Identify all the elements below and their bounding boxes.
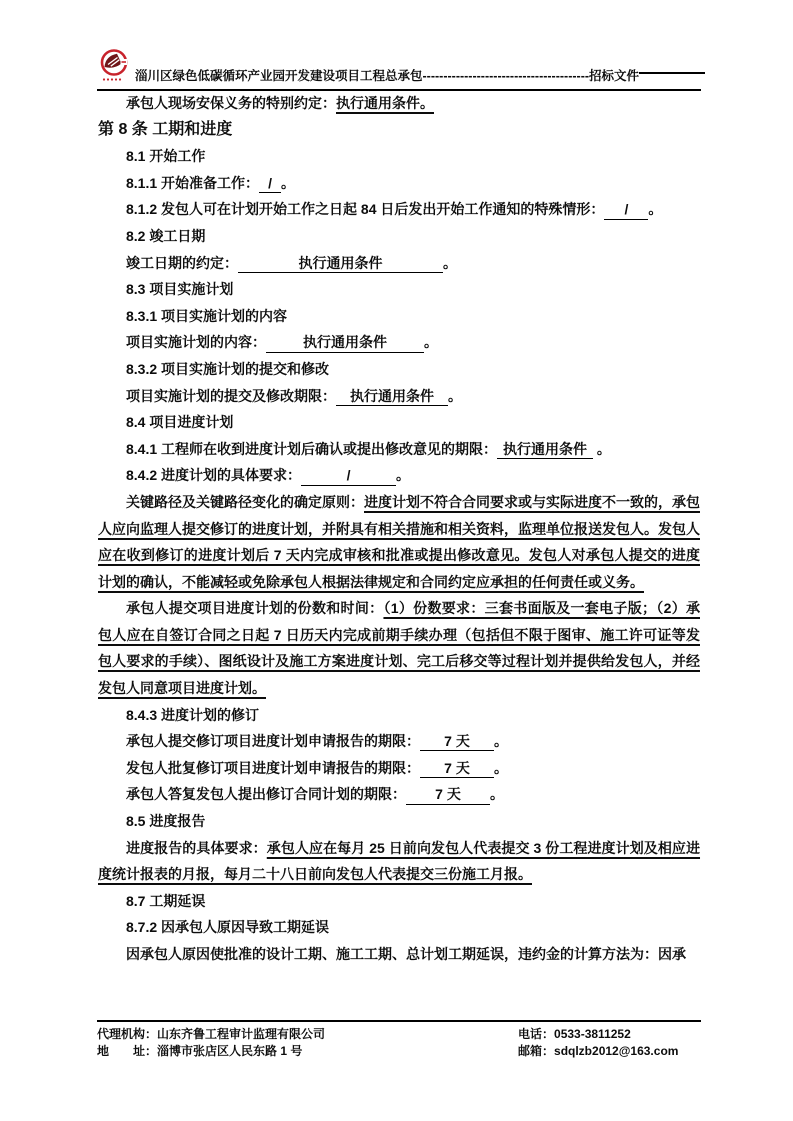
clause-label: 承包人提交项目进度计划的份数和时间： [126,600,383,616]
page-header: 淄川区绿色低碳循环产业园开发建设项目工程总承包-----------------… [97,48,701,91]
section-8-2-heading: 8.2 竣工日期 [98,223,700,250]
clause-filled-value: 执行通用条件。 [336,95,434,111]
blank-field: 执行通用条件 [238,254,443,273]
footer-address-value: 淄博市张店区人民东路 1 号 [157,1044,302,1058]
footer-agency-label: 代理机构： [97,1027,157,1041]
blank-field: 执行通用条件 [497,440,593,459]
clause-label: 进度报告的具体要求： [126,840,267,856]
footer-email: 邮箱：sdqlzb2012@163.com [518,1043,701,1060]
clause-suffix: 。 [448,388,462,404]
clause-suffix: 。 [396,467,410,483]
header-project-title: 淄川区绿色低碳循环产业园开发建设项目工程总承包 [135,69,423,83]
clause-suffix: 。 [443,255,457,271]
clause-8-1-2: 8.1.2 发包人可在计划开始工作之日起 84 日后发出开始工作通知的特殊情形：… [98,196,700,223]
section-8-4-heading: 8.4 项目进度计划 [98,409,700,436]
section-8-1-heading: 8.1 开始工作 [98,143,700,170]
clause-suffix: 。 [593,441,611,457]
blank-field: / [604,200,648,219]
footer-address-label: 地 址： [97,1044,157,1058]
clause-label: 承包人现场安保义务的特别约定： [126,95,336,111]
document-page: 淄川区绿色低碳循环产业园开发建设项目工程总承包-----------------… [0,0,793,1121]
clause-label: 关键路径及关键路径变化的确定原则： [126,494,364,510]
section-8-3-1-heading: 8.3.1 项目实施计划的内容 [98,303,700,330]
clause-8-2: 竣工日期的约定：执行通用条件。 [98,250,700,277]
page-footer: 代理机构：山东齐鲁工程审计监理有限公司 电话：0533-3811252 地 址：… [97,1020,701,1059]
clause-label: 8.4.1 工程师在收到进度计划后确认或提出修改意见的期限： [126,441,497,457]
footer-phone-value: 0533-3811252 [554,1027,631,1041]
paragraph-progress-report: 进度报告的具体要求：承包人应在每月 25 日前向发包人代表提交 3 份工程进度计… [98,835,700,888]
section-8-7-2-heading: 8.7.2 因承包人原因导致工期延误 [98,914,700,941]
clause-label: 承包人提交修订项目进度计划申请报告的期限： [126,733,420,749]
footer-phone: 电话：0533-3811252 [518,1026,701,1043]
section-8-3-2-heading: 8.3.2 项目实施计划的提交和修改 [98,356,700,383]
company-logo-icon [97,48,131,88]
footer-agency: 代理机构：山东齐鲁工程审计监理有限公司 [97,1026,518,1043]
header-doc-type: 招标文件 [589,69,639,83]
clause-8-4-1: 8.4.1 工程师在收到进度计划后确认或提出修改意见的期限：执行通用条件 。 [98,436,700,463]
blank-field: / [259,174,281,193]
clause-label: 发包人批复修订项目进度计划申请报告的期限： [126,760,420,776]
document-body: 承包人现场安保义务的特别约定：执行通用条件。 第 8 条 工期和进度 8.1 开… [98,90,700,968]
clause-revise-submit: 承包人提交修订项目进度计划申请报告的期限：7 天。 [98,728,700,755]
clause-suffix: 。 [648,201,662,217]
clause-suffix: 。 [494,760,508,776]
article-8-heading: 第 8 条 工期和进度 [98,117,700,144]
section-8-4-3-heading: 8.4.3 进度计划的修订 [98,702,700,729]
clause-revise-approve: 发包人批复修订项目进度计划申请报告的期限：7 天。 [98,755,700,782]
clause-8-4-2: 8.4.2 进度计划的具体要求：/。 [98,462,700,489]
clause-label: 8.1.1 开始准备工作： [126,175,259,191]
paragraph-plan-copies: 承包人提交项目进度计划的份数和时间：（1）份数要求：三套书面版及一套电子版；（2… [98,595,700,701]
section-8-3-heading: 8.3 项目实施计划 [98,276,700,303]
clause-suffix: 。 [424,334,438,350]
blank-field: 7 天 [420,732,494,751]
clause-8-3-2: 项目实施计划的提交及修改期限：执行通用条件。 [98,383,700,410]
blank-field: / [301,466,396,485]
footer-email-label: 邮箱： [518,1044,554,1058]
clause-label: 项目实施计划的提交及修改期限： [126,388,336,404]
section-8-5-heading: 8.5 进度报告 [98,808,700,835]
footer-address: 地 址：淄博市张店区人民东路 1 号 [97,1043,518,1060]
section-8-7-heading: 8.7 工期延误 [98,888,700,915]
header-dash-filler: ---------------------------------------- [423,69,590,83]
blank-field: 执行通用条件 [336,387,448,406]
blank-field: 7 天 [406,785,490,804]
header-title-line: 淄川区绿色低碳循环产业园开发建设项目工程总承包-----------------… [135,66,639,84]
clause-suffix: 。 [490,786,504,802]
paragraph-delay: 因承包人原因使批准的设计工期、施工工期、总计划工期延误，违约金的计算方法为：因承 [98,941,700,968]
footer-email-value: sdqlzb2012@163.com [554,1044,678,1058]
clause-label: 8.4.2 进度计划的具体要求： [126,467,301,483]
header-short-rule [639,72,705,74]
clause-label: 承包人答复发包人提出修订合同计划的期限： [126,786,406,802]
blank-field: 7 天 [420,759,494,778]
clause-label: 项目实施计划的内容： [126,334,266,350]
clause-label: 8.1.2 发包人可在计划开始工作之日起 84 日后发出开始工作通知的特殊情形： [126,201,604,217]
clause-label: 竣工日期的约定： [126,255,238,271]
clause-8-3-1: 项目实施计划的内容：执行通用条件。 [98,329,700,356]
blank-field: 执行通用条件 [266,333,424,352]
footer-phone-label: 电话： [518,1027,554,1041]
clause-security: 承包人现场安保义务的特别约定：执行通用条件。 [98,90,700,117]
clause-revise-reply: 承包人答复发包人提出修订合同计划的期限：7 天。 [98,781,700,808]
footer-agency-value: 山东齐鲁工程审计监理有限公司 [157,1027,325,1041]
paragraph-critical-path: 关键路径及关键路径变化的确定原则：进度计划不符合合同要求或与实际进度不一致的，承… [98,489,700,595]
clause-8-1-1: 8.1.1 开始准备工作：/。 [98,170,700,197]
clause-suffix: 。 [494,733,508,749]
clause-suffix: 。 [281,175,295,191]
